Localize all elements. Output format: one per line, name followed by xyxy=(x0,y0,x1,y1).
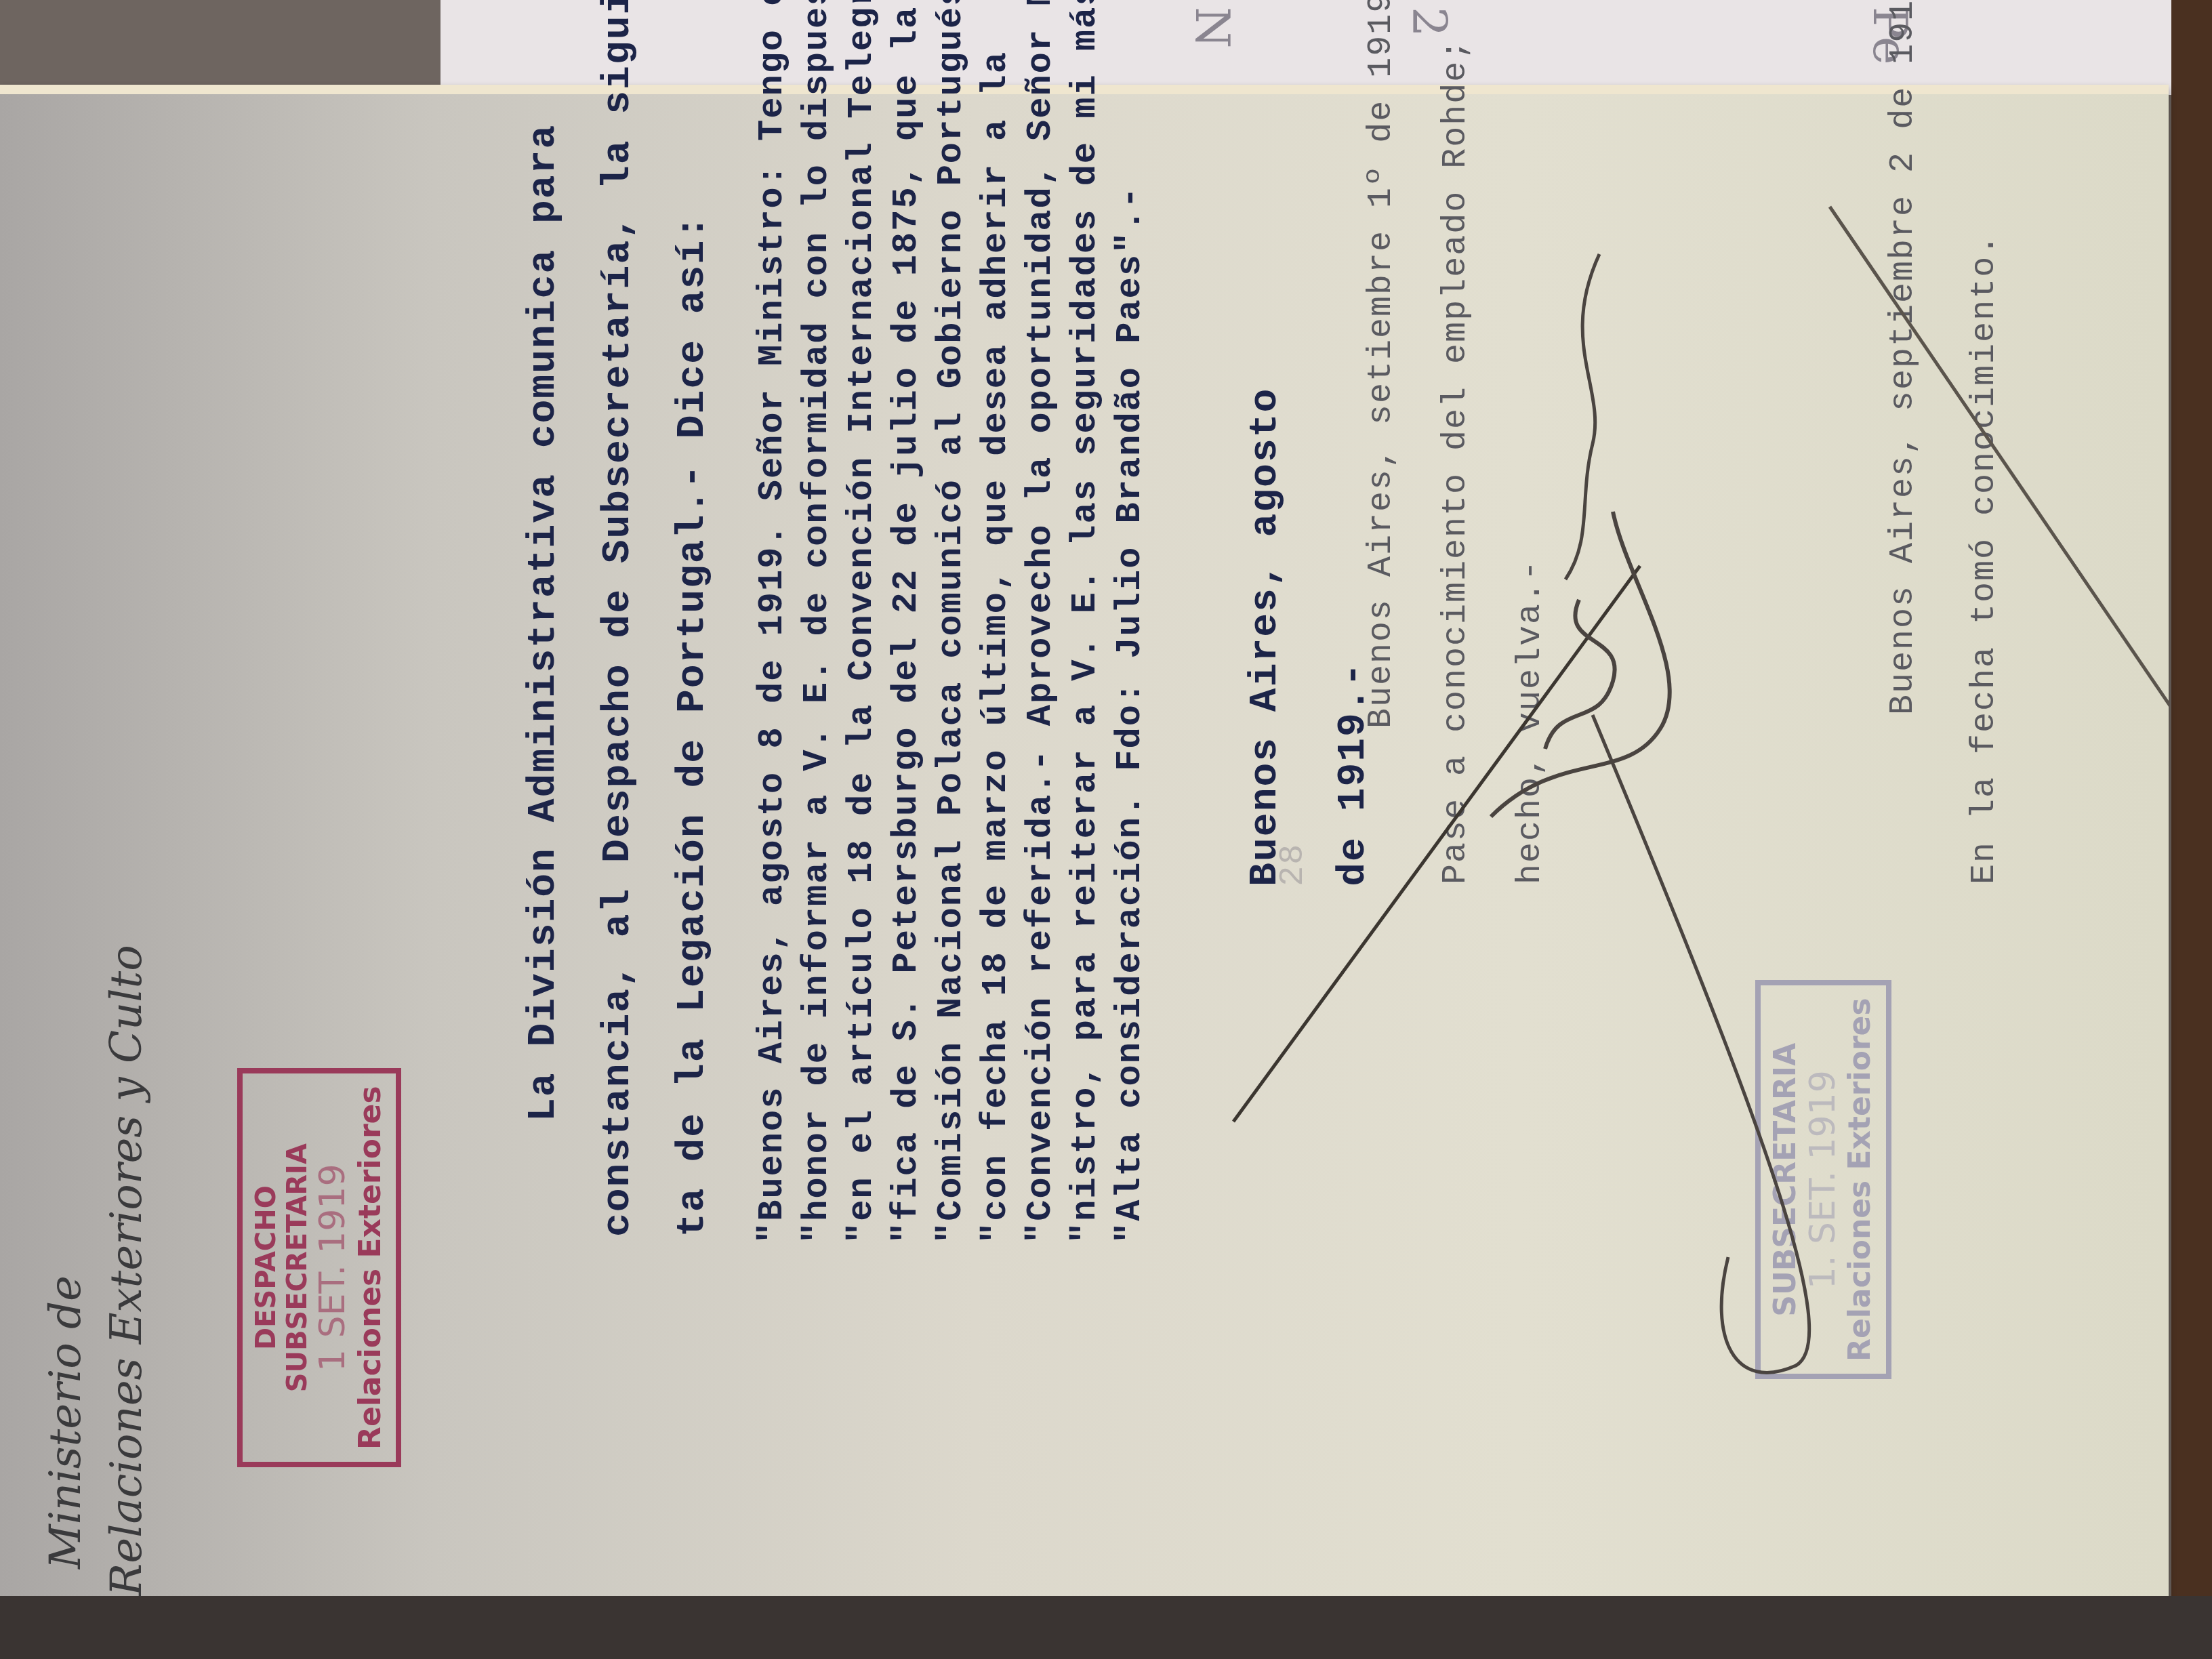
date-august-prefix: Buenos Aires, agosto xyxy=(1244,388,1288,886)
quote-line: "Buenos Aires, agosto 8 de 1919. Señor M… xyxy=(752,0,792,1244)
quote-line: "en el artículo 18 de la Convención Inte… xyxy=(842,0,882,1244)
letterhead-line-2: Relaciones Exteriores y Culto xyxy=(102,945,152,1596)
stamp-line: Relaciones Exteriores xyxy=(1843,998,1878,1361)
background-paper: N 2 Pe xyxy=(441,0,2212,95)
stamp-line: DESPACHO xyxy=(251,1086,282,1450)
endorsement-1-line-3: hecho, vuelva.- xyxy=(1511,559,1550,884)
endorsement-2-line-2: En la fecha tomó conocimiento. xyxy=(1965,234,2004,884)
quote-line: "honor de informar a V. E. de conformida… xyxy=(797,0,837,1244)
intro-line-2: constancia, al Despacho de Subsecretaría… xyxy=(596,0,640,1237)
quote-line: "Comisión Nacional Polaca comunicó al Go… xyxy=(931,0,971,1244)
desk-edge xyxy=(2171,0,2212,1659)
subsecretaria-stamp: SUBSECRETARIA 1. SET. 1919 Relaciones Ex… xyxy=(1755,980,1891,1379)
stamp-line: Relaciones Exteriores xyxy=(354,1086,388,1450)
quote-line: "fica de S. Petersburgo del 22 de julio … xyxy=(886,6,926,1244)
letterhead-line-1: Ministerio de xyxy=(41,1275,91,1569)
stamp-line: SUBSECRETARIA xyxy=(282,1086,313,1450)
quote-line: "con fecha 18 de marzo último, que desea… xyxy=(976,51,1016,1244)
quote-line: "Convención referida.- Aprovecho la opor… xyxy=(1021,0,1061,1244)
stamp-date: 1 SET. 1919 xyxy=(313,1086,354,1450)
background-note: 2 xyxy=(1401,7,1457,37)
date-august-day: 28 xyxy=(1274,843,1313,886)
stamp-date: 1. SET. 1919 xyxy=(1803,998,1844,1361)
quote-line: "Alta consideración. Fdo: Julio Brandão … xyxy=(1110,186,1150,1244)
intro-line-1: La División Administrativa comunica para xyxy=(522,124,566,1122)
endorsement-1-date: Buenos Aires, setiembre 1º de 1919. xyxy=(1362,0,1401,729)
rotated-document-content: Ministerio de Relaciones Exteriores y Cu… xyxy=(0,85,2169,1596)
intro-line-3: ta de la Legación de Portugal.- Dice así… xyxy=(671,214,715,1237)
page-shadow xyxy=(0,1596,2212,1659)
background-note: N xyxy=(1185,7,1240,48)
quote-line: "nistro, para reiterar a V. E. las segur… xyxy=(1065,0,1105,1244)
endorsement-2-date: Buenos Aires, septiembre 2 de 1919. xyxy=(1884,0,1923,715)
despacho-subsecretaria-stamp: DESPACHO SUBSECRETARIA 1 SET. 1919 Relac… xyxy=(237,1068,401,1467)
endorsement-1-line-2: Pase a conocimiento del empleado Rohde; xyxy=(1437,39,1475,884)
stamp-line: SUBSECRETARIA xyxy=(1769,998,1803,1361)
